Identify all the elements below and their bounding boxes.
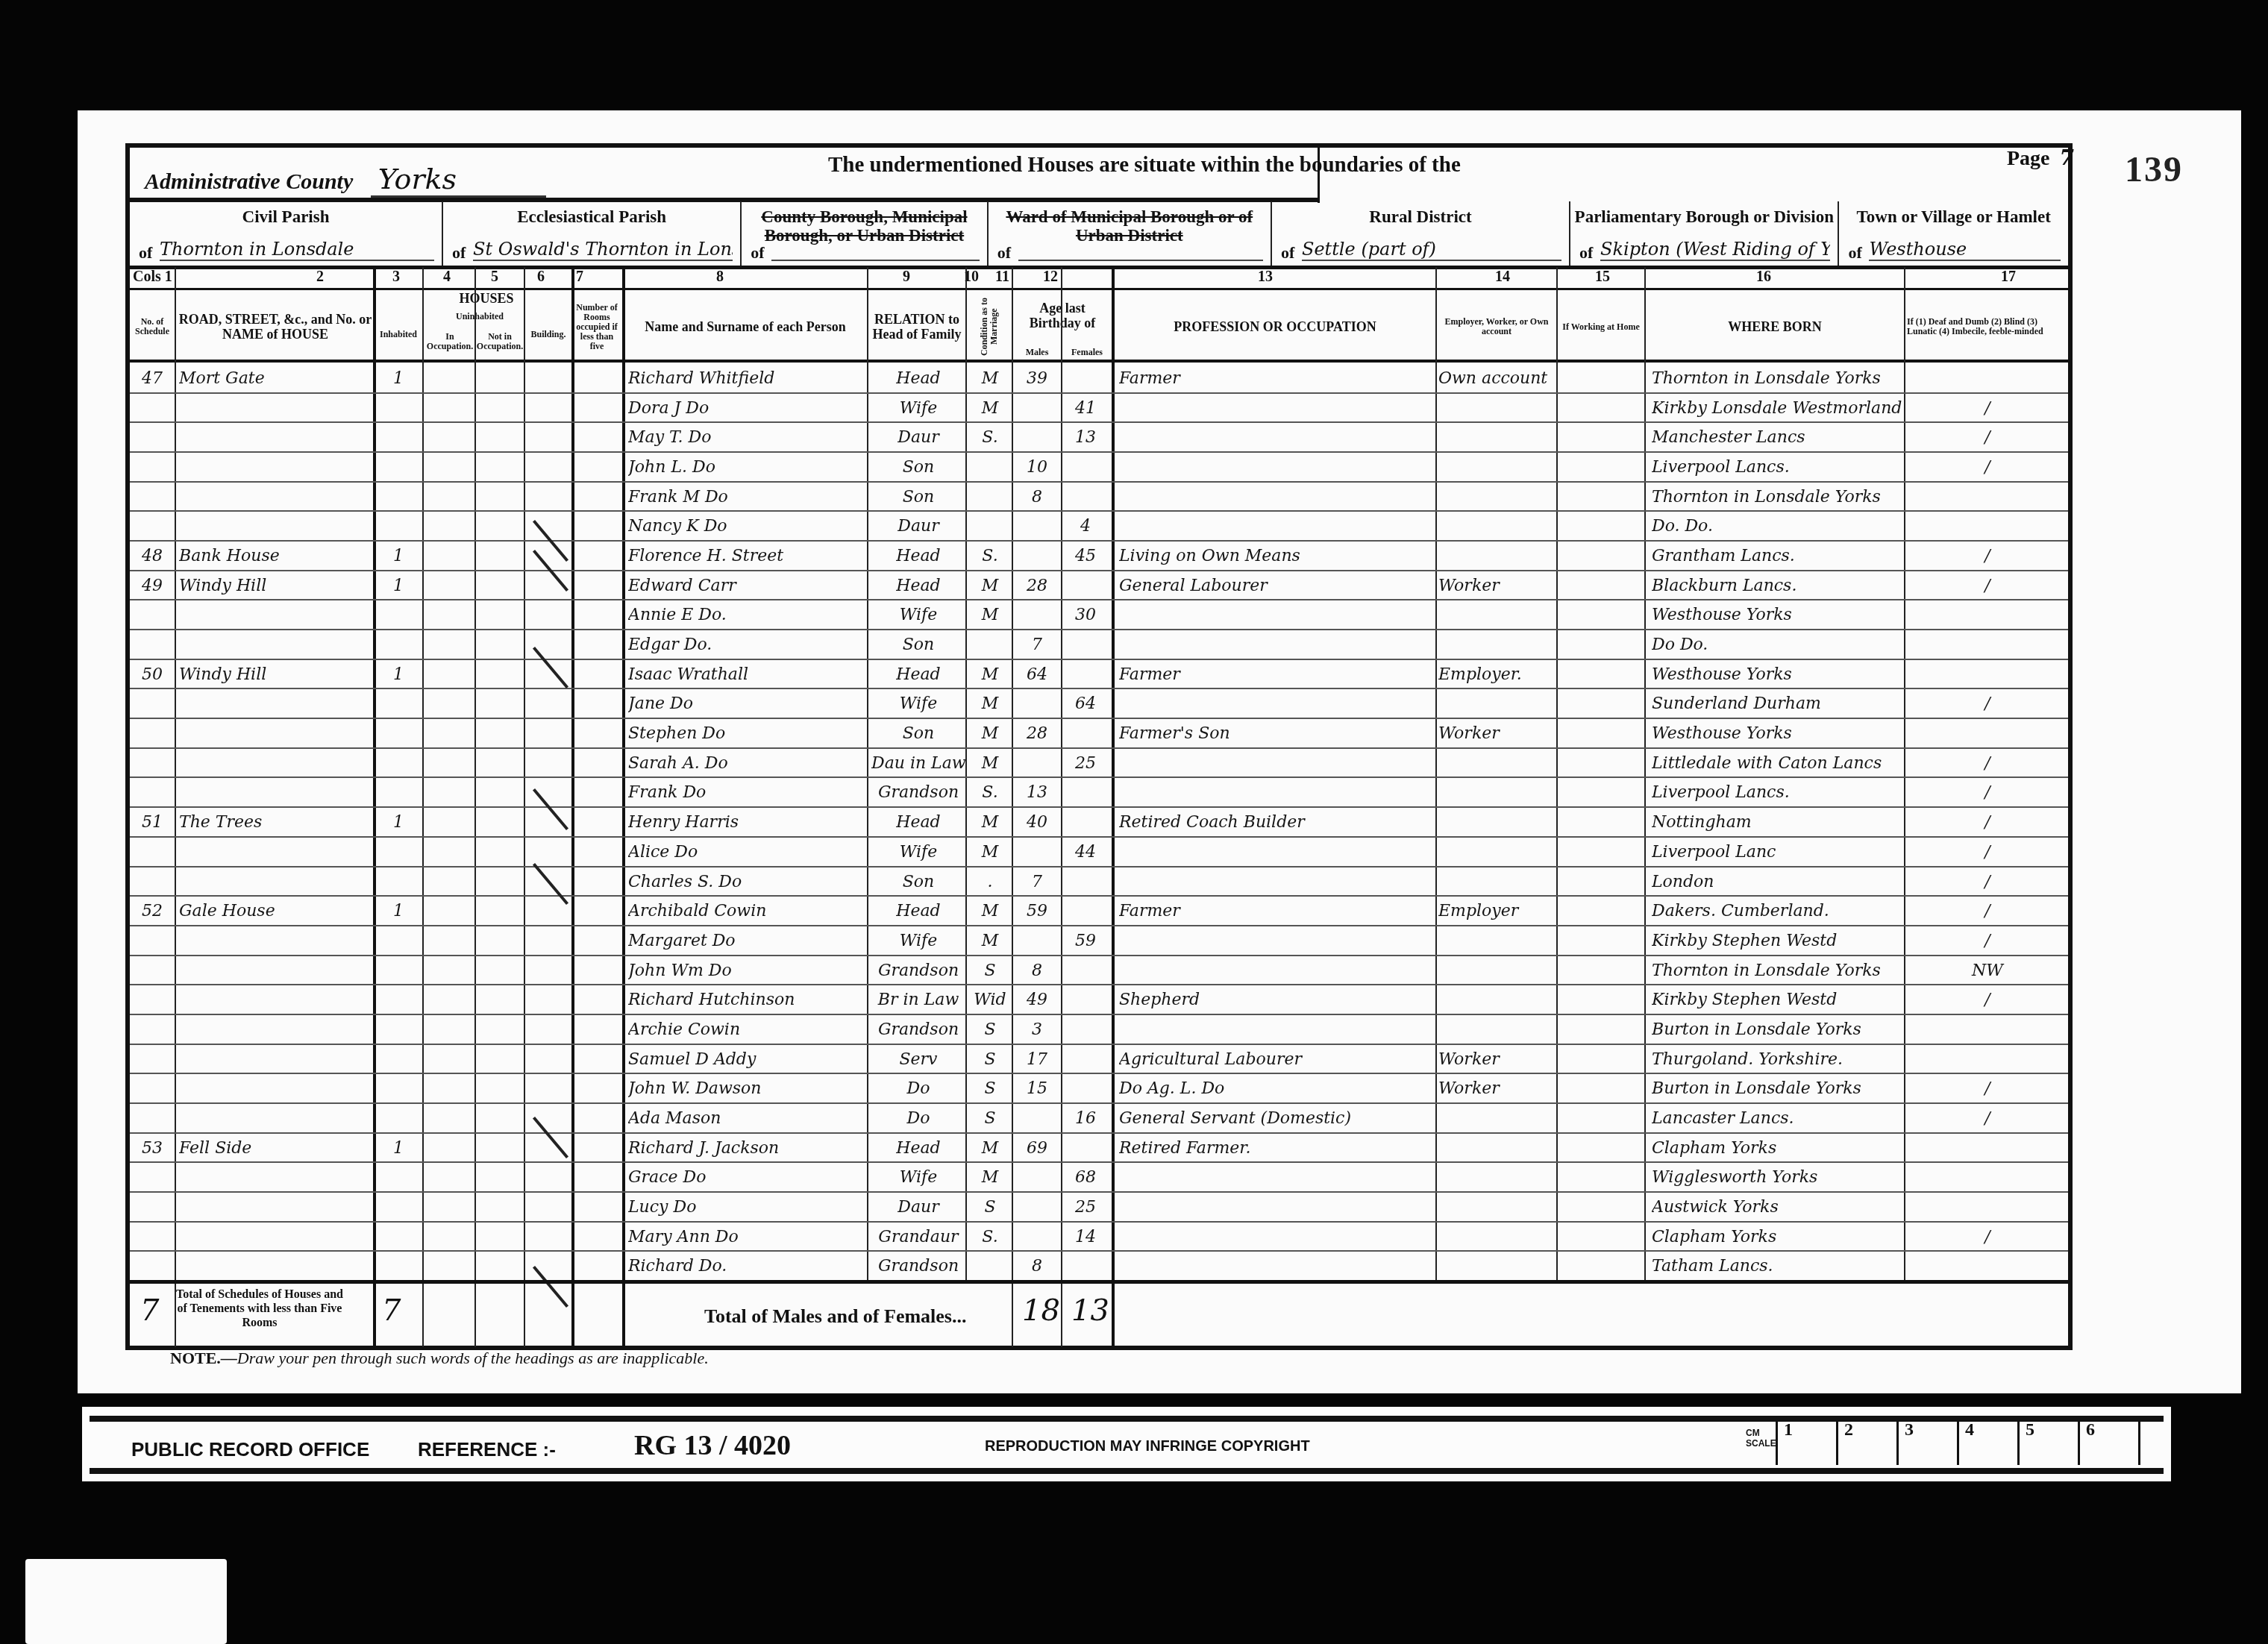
- cell-female-age: [1062, 481, 1109, 511]
- cell-occupation: [1119, 776, 1437, 806]
- cell-inhabited: [376, 747, 421, 777]
- cell-schedule: [130, 1014, 175, 1044]
- cell-road: [179, 747, 373, 777]
- cell-occupation: Farmer's Son: [1119, 718, 1437, 747]
- cell-inhabited: [376, 629, 421, 659]
- cell-employer: [1438, 421, 1556, 451]
- cell-schedule: 48: [130, 540, 175, 570]
- cell-female-age: [1062, 659, 1109, 688]
- cell-schedule: [130, 421, 175, 451]
- cell-female-age: [1062, 1250, 1109, 1280]
- cell-inhabited: [376, 688, 421, 718]
- cell-inhabited: [376, 866, 421, 896]
- column-headers: No. of Schedule ROAD, STREET, &c., and N…: [130, 291, 2068, 363]
- cell-road: [179, 925, 373, 955]
- cell-name: Ada Mason: [628, 1102, 870, 1132]
- cell-male-age: 64: [1015, 659, 1059, 688]
- cell-condition: Wid: [968, 984, 1012, 1014]
- cell-condition: S: [968, 1014, 1012, 1044]
- boundary-county-borough: County Borough, Municipal Borough, or Ur…: [742, 201, 988, 269]
- table-row: 52Gale House1Archibald CowinHeadM59Farme…: [130, 895, 2068, 926]
- cell-female-age: [1062, 895, 1109, 925]
- cell-infirm: [1913, 1044, 2062, 1073]
- cell-employer: Employer: [1438, 895, 1556, 925]
- cell-female-age: 41: [1062, 392, 1109, 422]
- boundaries-statement: The undermentioned Houses are situate wi…: [828, 153, 1461, 178]
- cell-employer: [1438, 836, 1556, 866]
- cell-name: Richard Hutchinson: [628, 984, 870, 1014]
- cell-name: May T. Do: [628, 421, 870, 451]
- cell-relation: Do: [871, 1102, 965, 1132]
- cell-employer: [1438, 451, 1556, 481]
- cell-condition: M: [968, 570, 1012, 600]
- cell-infirm: /: [1913, 451, 2062, 481]
- cell-relation: Daur: [871, 421, 965, 451]
- cell-road: [179, 955, 373, 985]
- cell-occupation: Living on Own Means: [1119, 540, 1437, 570]
- total-schedules: 7: [140, 1293, 159, 1328]
- cell-male-age: [1015, 747, 1059, 777]
- cell-condition: [968, 481, 1012, 511]
- cell-relation: Head: [871, 363, 965, 392]
- cell-occupation: Retired Coach Builder: [1119, 806, 1437, 836]
- column-numbers: Cols 1 2 3 4 5 6 7 8 9 10 11 12 13 14 15…: [130, 267, 2068, 289]
- table-row: Annie E Do.WifeM30Westhouse Yorks: [130, 599, 2068, 630]
- table-row: Sarah A. DoDau in LawM25Littledale with …: [130, 747, 2068, 779]
- cell-schedule: [130, 510, 175, 540]
- boundary-label: Civil Parish: [130, 207, 442, 226]
- cell-male-age: [1015, 1161, 1059, 1191]
- cell-road: Windy Hill: [179, 570, 373, 600]
- cell-occupation: Do Ag. L. Do: [1119, 1073, 1437, 1102]
- cell-occupation: Farmer: [1119, 659, 1437, 688]
- admin-county-value: Yorks: [371, 163, 546, 198]
- cell-road: [179, 629, 373, 659]
- cell-condition: S.: [968, 1221, 1012, 1251]
- cell-infirm: /: [1913, 866, 2062, 896]
- boundary-value: [1018, 260, 1263, 261]
- blank-label-card: [25, 1559, 227, 1644]
- col-num: Cols 1: [133, 269, 172, 286]
- cell-road: Gale House: [179, 895, 373, 925]
- boundary-value: St Oswald's Thornton in Lonsdale: [473, 239, 733, 261]
- cell-employer: [1438, 1014, 1556, 1044]
- cell-employer: [1438, 866, 1556, 896]
- cell-condition: S: [968, 1073, 1012, 1102]
- cell-condition: M: [968, 1161, 1012, 1191]
- cell-relation: Serv: [871, 1044, 965, 1073]
- cell-occupation: General Servant (Domestic): [1119, 1102, 1437, 1132]
- header-age: Age last Birthday of: [1013, 291, 1112, 340]
- header-males: Males: [1013, 343, 1061, 361]
- cell-road: [179, 1191, 373, 1221]
- cell-name: Mary Ann Do: [628, 1221, 870, 1251]
- table-row: Richard Do.Grandson8Tatham Lancs.: [130, 1250, 2068, 1281]
- cell-infirm: [1913, 1250, 2062, 1280]
- cell-relation: Grandson: [871, 776, 965, 806]
- cell-schedule: [130, 747, 175, 777]
- page-value: 7: [2060, 145, 2074, 170]
- cell-employer: [1438, 510, 1556, 540]
- cell-inhabited: 1: [376, 1132, 421, 1162]
- cell-condition: S: [968, 955, 1012, 985]
- cell-born: Liverpool Lancs.: [1652, 451, 1905, 481]
- cell-occupation: [1119, 925, 1437, 955]
- cell-road: Windy Hill: [179, 659, 373, 688]
- cell-inhabited: [376, 510, 421, 540]
- boundary-value: Skipton (West Riding of Yorks): [1600, 239, 1830, 261]
- cell-female-age: 14: [1062, 1221, 1109, 1251]
- table-row: Ada MasonDoS16General Servant (Domestic)…: [130, 1102, 2068, 1134]
- col-num: 7: [576, 269, 583, 286]
- cell-born: Clapham Yorks: [1652, 1221, 1905, 1251]
- cell-relation: Grandson: [871, 1250, 965, 1280]
- table-row: May T. DoDaurS.13Manchester Lancs/: [130, 421, 2068, 453]
- cell-born: Manchester Lancs: [1652, 421, 1905, 451]
- table-row: Charles S. DoSon.7London/: [130, 866, 2068, 897]
- cell-relation: Wife: [871, 836, 965, 866]
- cell-road: [179, 718, 373, 747]
- cell-employer: [1438, 984, 1556, 1014]
- administrative-county: Administrative County Yorks: [145, 163, 546, 195]
- cell-occupation: [1119, 1250, 1437, 1280]
- footer-office: PUBLIC RECORD OFFICE: [131, 1438, 369, 1461]
- cell-road: [179, 1014, 373, 1044]
- table-row: 53Fell Side1Richard J. JacksonHeadM69Ret…: [130, 1132, 2068, 1164]
- cell-employer: [1438, 1132, 1556, 1162]
- cell-born: Kirkby Stephen Westd: [1652, 984, 1905, 1014]
- cell-male-age: 13: [1015, 776, 1059, 806]
- cell-name: Florence H. Street: [628, 540, 870, 570]
- cell-schedule: 52: [130, 895, 175, 925]
- cell-occupation: [1119, 599, 1437, 629]
- cell-inhabited: [376, 481, 421, 511]
- cell-name: Frank Do: [628, 776, 870, 806]
- cell-road: [179, 510, 373, 540]
- header-condition-text: Condition as to Marriage: [980, 291, 999, 363]
- table-row: Nancy K DoDaur4Do. Do.: [130, 510, 2068, 542]
- cell-female-age: 25: [1062, 747, 1109, 777]
- cell-born: Burton in Lonsdale Yorks: [1652, 1014, 1905, 1044]
- cell-inhabited: [376, 1102, 421, 1132]
- cell-male-age: 59: [1015, 895, 1059, 925]
- cell-female-age: 13: [1062, 421, 1109, 451]
- cell-male-age: 7: [1015, 866, 1059, 896]
- cell-relation: Daur: [871, 1191, 965, 1221]
- cell-name: Richard Whitfield: [628, 363, 870, 392]
- of-label: of: [139, 243, 152, 263]
- cell-inhabited: 1: [376, 895, 421, 925]
- folio-number: 139: [2125, 149, 2183, 190]
- of-label: of: [997, 243, 1011, 263]
- cell-female-age: [1062, 806, 1109, 836]
- cell-male-age: 8: [1015, 481, 1059, 511]
- cell-condition: M: [968, 688, 1012, 718]
- cell-male-age: [1015, 1102, 1059, 1132]
- cell-female-age: [1062, 570, 1109, 600]
- cell-road: [179, 776, 373, 806]
- scale-mark: 1: [1776, 1420, 1836, 1465]
- cell-schedule: 51: [130, 806, 175, 836]
- cell-infirm: [1913, 1014, 2062, 1044]
- cell-schedule: 49: [130, 570, 175, 600]
- archive-footer: PUBLIC RECORD OFFICE REFERENCE :- RG 13 …: [82, 1407, 2171, 1481]
- cell-name: Charles S. Do: [628, 866, 870, 896]
- boundaries-row: Civil Parish of Thornton in Lonsdale Ecc…: [130, 201, 2068, 269]
- cell-name: Nancy K Do: [628, 510, 870, 540]
- cell-name: Archie Cowin: [628, 1014, 870, 1044]
- cell-female-age: [1062, 363, 1109, 392]
- cell-schedule: [130, 836, 175, 866]
- cell-born: Thornton in Lonsdale Yorks: [1652, 363, 1905, 392]
- table-row: John W. DawsonDoS15Do Ag. L. DoWorkerBur…: [130, 1073, 2068, 1104]
- cell-infirm: /: [1913, 392, 2062, 422]
- cell-male-age: [1015, 836, 1059, 866]
- cell-infirm: /: [1913, 747, 2062, 777]
- total-males-females-label: Total of Males and of Females...: [704, 1305, 966, 1328]
- boundary-label: Ecclesiastical Parish: [443, 207, 740, 226]
- col-num: 2: [316, 269, 324, 286]
- cell-occupation: Farmer: [1119, 363, 1437, 392]
- table-row: John Wm DoGrandsonS8Thornton in Lonsdale…: [130, 955, 2068, 986]
- cell-employer: Worker: [1438, 570, 1556, 600]
- col-num: 17: [2001, 269, 2016, 286]
- cell-occupation: [1119, 1161, 1437, 1191]
- table-row: Lucy DoDaurS25Austwick Yorks: [130, 1191, 2068, 1223]
- admin-county-label: Administrative County: [145, 169, 353, 194]
- cell-inhabited: [376, 599, 421, 629]
- header-road: ROAD, STREET, &c., and No. or NAME of HO…: [178, 291, 373, 363]
- table-row: Stephen DoSonM28Farmer's SonWorkerWestho…: [130, 718, 2068, 749]
- cell-infirm: [1913, 481, 2062, 511]
- page-number: Page 7: [2007, 145, 2074, 171]
- cell-male-age: 39: [1015, 363, 1059, 392]
- cell-male-age: 17: [1015, 1044, 1059, 1073]
- cell-female-age: [1062, 1044, 1109, 1073]
- cell-female-age: [1062, 451, 1109, 481]
- col-num: 4: [443, 269, 451, 286]
- cell-inhabited: [376, 1250, 421, 1280]
- cell-condition: M: [968, 659, 1012, 688]
- cell-road: [179, 688, 373, 718]
- cell-road: Mort Gate: [179, 363, 373, 392]
- col-num: 5: [491, 269, 498, 286]
- cell-employer: Employer.: [1438, 659, 1556, 688]
- boundary-label: Parliamentary Borough or Division: [1570, 207, 1838, 226]
- cell-relation: Wife: [871, 1161, 965, 1191]
- cell-infirm: /: [1913, 925, 2062, 955]
- cell-condition: [968, 510, 1012, 540]
- cell-born: Kirkby Lonsdale Westmorland: [1652, 392, 1905, 422]
- header-rooms: Number of Rooms occupied if less than fi…: [573, 291, 621, 363]
- cell-female-age: [1062, 1073, 1109, 1102]
- total-schedules-label: Total of Schedules of Houses and of Tene…: [175, 1287, 345, 1330]
- header-condition: Condition as to Marriage: [967, 291, 1012, 363]
- cell-female-age: [1062, 629, 1109, 659]
- cell-female-age: 44: [1062, 836, 1109, 866]
- cell-relation: Wife: [871, 688, 965, 718]
- scale-mark: 2: [1836, 1420, 1896, 1465]
- cell-occupation: [1119, 1191, 1437, 1221]
- cell-schedule: [130, 866, 175, 896]
- cell-schedule: [130, 1161, 175, 1191]
- cell-female-age: 16: [1062, 1102, 1109, 1132]
- cell-road: [179, 984, 373, 1014]
- cell-female-age: [1062, 955, 1109, 985]
- cell-name: Grace Do: [628, 1161, 870, 1191]
- footer-reference-value: RG 13 / 4020: [634, 1429, 791, 1462]
- cell-infirm: [1913, 599, 2062, 629]
- cell-employer: Worker: [1438, 1073, 1556, 1102]
- cell-inhabited: [376, 955, 421, 985]
- cell-name: Annie E Do.: [628, 599, 870, 629]
- cell-relation: Head: [871, 540, 965, 570]
- cell-female-age: [1062, 866, 1109, 896]
- col-num: 3: [392, 269, 400, 286]
- cell-inhabited: [376, 1221, 421, 1251]
- cell-occupation: Farmer: [1119, 895, 1437, 925]
- cell-relation: Head: [871, 895, 965, 925]
- cell-schedule: 47: [130, 363, 175, 392]
- cell-name: Edgar Do.: [628, 629, 870, 659]
- cell-schedule: [130, 1044, 175, 1073]
- cell-condition: [968, 1250, 1012, 1280]
- cell-inhabited: [376, 1191, 421, 1221]
- cell-relation: Head: [871, 570, 965, 600]
- cell-born: Clapham Yorks: [1652, 1132, 1905, 1162]
- cell-employer: [1438, 599, 1556, 629]
- boundary-value: [771, 260, 979, 261]
- cell-male-age: [1015, 925, 1059, 955]
- cell-employer: [1438, 925, 1556, 955]
- cell-employer: [1438, 776, 1556, 806]
- cell-inhabited: [376, 451, 421, 481]
- cell-name: Alice Do: [628, 836, 870, 866]
- cell-employer: Own account: [1438, 363, 1556, 392]
- cell-employer: [1438, 1250, 1556, 1280]
- cell-name: Frank M Do: [628, 481, 870, 511]
- cell-road: [179, 451, 373, 481]
- divider: [130, 288, 2068, 290]
- col-num: 8: [716, 269, 724, 286]
- cell-road: [179, 1102, 373, 1132]
- cell-infirm: [1913, 659, 2062, 688]
- cell-condition: S: [968, 1044, 1012, 1073]
- boundary-rural-district: Rural District of Settle (part of): [1272, 201, 1570, 269]
- cell-name: Lucy Do: [628, 1191, 870, 1221]
- cell-inhabited: [376, 1014, 421, 1044]
- cell-employer: [1438, 806, 1556, 836]
- cell-inhabited: [376, 925, 421, 955]
- cell-occupation: [1119, 866, 1437, 896]
- cell-condition: .: [968, 866, 1012, 896]
- table-row: 50Windy Hill1Isaac WrathallHeadM64Farmer…: [130, 659, 2068, 690]
- col-num: 15: [1595, 269, 1610, 286]
- cell-inhabited: 1: [376, 806, 421, 836]
- cell-born: Thornton in Lonsdale Yorks: [1652, 481, 1905, 511]
- cell-male-age: 8: [1015, 955, 1059, 985]
- cell-born: Liverpool Lanc: [1652, 836, 1905, 866]
- cell-relation: Son: [871, 481, 965, 511]
- cell-male-age: [1015, 599, 1059, 629]
- cell-male-age: [1015, 392, 1059, 422]
- cell-relation: Daur: [871, 510, 965, 540]
- cell-occupation: Shepherd: [1119, 984, 1437, 1014]
- cell-infirm: [1913, 363, 2062, 392]
- cell-born: Nottingham: [1652, 806, 1905, 836]
- cell-born: Littledale with Caton Lancs: [1652, 747, 1905, 777]
- table-row: Samuel D AddyServS17Agricultural Laboure…: [130, 1044, 2068, 1075]
- cell-female-age: [1062, 984, 1109, 1014]
- cell-relation: Son: [871, 451, 965, 481]
- cell-born: Liverpool Lancs.: [1652, 776, 1905, 806]
- cell-schedule: [130, 925, 175, 955]
- boundary-label: Rural District: [1272, 207, 1569, 226]
- table-row: Dora J DoWifeM41Kirkby Lonsdale Westmorl…: [130, 392, 2068, 424]
- cell-name: Samuel D Addy: [628, 1044, 870, 1073]
- cell-infirm: /: [1913, 836, 2062, 866]
- table-row: Alice DoWifeM44Liverpool Lanc/: [130, 836, 2068, 868]
- cell-infirm: NW: [1913, 955, 2062, 985]
- cell-occupation: [1119, 836, 1437, 866]
- cell-inhabited: [376, 1044, 421, 1073]
- table-row: 48Bank House1Florence H. StreetHeadS.45L…: [130, 540, 2068, 571]
- cell-born: Westhouse Yorks: [1652, 599, 1905, 629]
- table-row: Frank M DoSon8Thornton in Lonsdale Yorks: [130, 481, 2068, 512]
- cell-male-age: [1015, 510, 1059, 540]
- cell-born: Thurgoland. Yorkshire.: [1652, 1044, 1905, 1073]
- cell-schedule: [130, 599, 175, 629]
- col-num: 11: [995, 269, 1009, 286]
- cell-name: Stephen Do: [628, 718, 870, 747]
- cell-male-age: 28: [1015, 570, 1059, 600]
- cell-male-age: [1015, 421, 1059, 451]
- cell-infirm: /: [1913, 570, 2062, 600]
- table-row: John L. DoSon10Liverpool Lancs./: [130, 451, 2068, 483]
- cell-occupation: Agricultural Labourer: [1119, 1044, 1437, 1073]
- cell-condition: S.: [968, 540, 1012, 570]
- cell-condition: M: [968, 925, 1012, 955]
- cell-employer: [1438, 747, 1556, 777]
- boundary-value: Thornton in Lonsdale: [160, 239, 434, 261]
- cell-born: London: [1652, 866, 1905, 896]
- col-num: 6: [537, 269, 545, 286]
- scale-mark: 5: [2017, 1420, 2078, 1465]
- cell-infirm: /: [1913, 1073, 2062, 1102]
- cell-relation: Grandson: [871, 955, 965, 985]
- cell-female-age: [1062, 1014, 1109, 1044]
- cell-relation: Wife: [871, 925, 965, 955]
- cell-male-age: 8: [1015, 1250, 1059, 1280]
- cell-road: [179, 1250, 373, 1280]
- table-row: Edgar Do.Son7Do Do.: [130, 629, 2068, 660]
- cell-condition: M: [968, 599, 1012, 629]
- note: NOTE.—Draw your pen through such words o…: [170, 1349, 709, 1368]
- cell-condition: S: [968, 1191, 1012, 1221]
- cell-inhabited: [376, 1161, 421, 1191]
- scale-mark: 4: [1957, 1420, 2017, 1465]
- cell-born: Wigglesworth Yorks: [1652, 1161, 1905, 1191]
- table-row: Frank DoGrandsonS.13Liverpool Lancs./: [130, 776, 2068, 808]
- cell-occupation: [1119, 510, 1437, 540]
- cell-employer: [1438, 1191, 1556, 1221]
- cell-schedule: [130, 451, 175, 481]
- cell-road: [179, 836, 373, 866]
- cell-female-age: [1062, 718, 1109, 747]
- cell-male-age: 40: [1015, 806, 1059, 836]
- cell-road: [179, 1161, 373, 1191]
- cell-infirm: /: [1913, 540, 2062, 570]
